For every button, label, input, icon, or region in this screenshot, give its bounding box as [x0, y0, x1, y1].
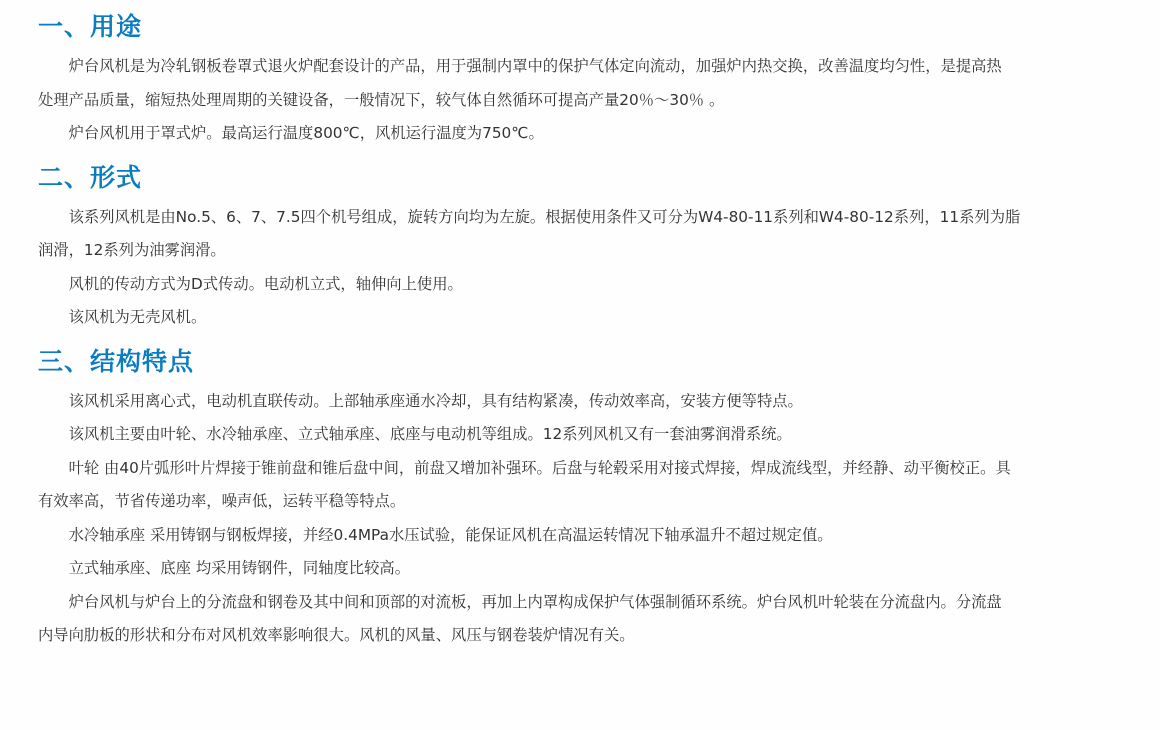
paragraph: 该风机采用离心式，电动机直联传动。上部轴承座通水冷却，具有结构紧凑，传动效率高，…: [38, 385, 1126, 419]
section-structure-features: 三、结构特点 该风机采用离心式，电动机直联传动。上部轴承座通水冷却，具有结构紧凑…: [38, 343, 1126, 653]
text-line: 炉台风机用于罩式炉。最高运行温度800℃，风机运行温度为750℃。: [38, 117, 1126, 151]
section-usage: 一、用途 炉台风机是为冷轧钢板卷罩式退火炉配套设计的产品，用于强制内罩中的保护气…: [38, 8, 1126, 151]
text-line: 内导向肋板的形状和分布对风机效率影响很大。风机的风量、风压与钢卷装炉情况有关。: [38, 619, 1126, 653]
section-title: 一、用途: [38, 8, 1126, 46]
text-line: 该风机采用离心式，电动机直联传动。上部轴承座通水冷却，具有结构紧凑，传动效率高，…: [38, 385, 1126, 419]
paragraph: 炉台风机用于罩式炉。最高运行温度800℃，风机运行温度为750℃。: [38, 117, 1126, 151]
paragraph: 风机的传动方式为D式传动。电动机立式，轴伸向上使用。: [38, 268, 1126, 302]
text-line: 水冷轴承座 采用铸钢与钢板焊接，并经0.4MPa水压试验，能保证风机在高温运转情…: [38, 519, 1126, 553]
text-line: 处理产品质量，缩短热处理周期的关键设备，一般情况下，较气体自然循环可提高产量20…: [38, 84, 1126, 118]
paragraph: 立式轴承座、底座 均采用铸钢件，同轴度比较高。: [38, 552, 1126, 586]
document: 一、用途 炉台风机是为冷轧钢板卷罩式退火炉配套设计的产品，用于强制内罩中的保护气…: [0, 0, 1160, 653]
paragraph: 水冷轴承座 采用铸钢与钢板焊接，并经0.4MPa水压试验，能保证风机在高温运转情…: [38, 519, 1126, 553]
paragraph: 叶轮 由40片弧形叶片焊接于锥前盘和锥后盘中间，前盘又增加补强环。后盘与轮毂采用…: [38, 452, 1126, 519]
paragraph: 该风机为无壳风机。: [38, 301, 1126, 335]
section-form: 二、形式 该系列风机是由No.5、6、7、7.5四个机号组成，旋转方向均为左旋。…: [38, 159, 1126, 335]
section-title: 二、形式: [38, 159, 1126, 197]
text-line: 叶轮 由40片弧形叶片焊接于锥前盘和锥后盘中间，前盘又增加补强环。后盘与轮毂采用…: [38, 452, 1126, 486]
paragraph: 炉台风机是为冷轧钢板卷罩式退火炉配套设计的产品，用于强制内罩中的保护气体定向流动…: [38, 50, 1126, 117]
text-line: 风机的传动方式为D式传动。电动机立式，轴伸向上使用。: [38, 268, 1126, 302]
text-line: 有效率高，节省传递功率，噪声低，运转平稳等特点。: [38, 485, 1126, 519]
paragraph: 该风机主要由叶轮、水冷轴承座、立式轴承座、底座与电动机等组成。12系列风机又有一…: [38, 418, 1126, 452]
text-line: 该风机为无壳风机。: [38, 301, 1126, 335]
text-line: 润滑，12系列为油雾润滑。: [38, 234, 1126, 268]
text-line: 该系列风机是由No.5、6、7、7.5四个机号组成，旋转方向均为左旋。根据使用条…: [38, 201, 1126, 235]
text-line: 炉台风机与炉台上的分流盘和钢卷及其中间和顶部的对流板，再加上内罩构成保护气体强制…: [38, 586, 1126, 620]
paragraph: 炉台风机与炉台上的分流盘和钢卷及其中间和顶部的对流板，再加上内罩构成保护气体强制…: [38, 586, 1126, 653]
text-line: 炉台风机是为冷轧钢板卷罩式退火炉配套设计的产品，用于强制内罩中的保护气体定向流动…: [38, 50, 1126, 84]
text-line: 该风机主要由叶轮、水冷轴承座、立式轴承座、底座与电动机等组成。12系列风机又有一…: [38, 418, 1126, 452]
section-title: 三、结构特点: [38, 343, 1126, 381]
text-line: 立式轴承座、底座 均采用铸钢件，同轴度比较高。: [38, 552, 1126, 586]
paragraph: 该系列风机是由No.5、6、7、7.5四个机号组成，旋转方向均为左旋。根据使用条…: [38, 201, 1126, 268]
